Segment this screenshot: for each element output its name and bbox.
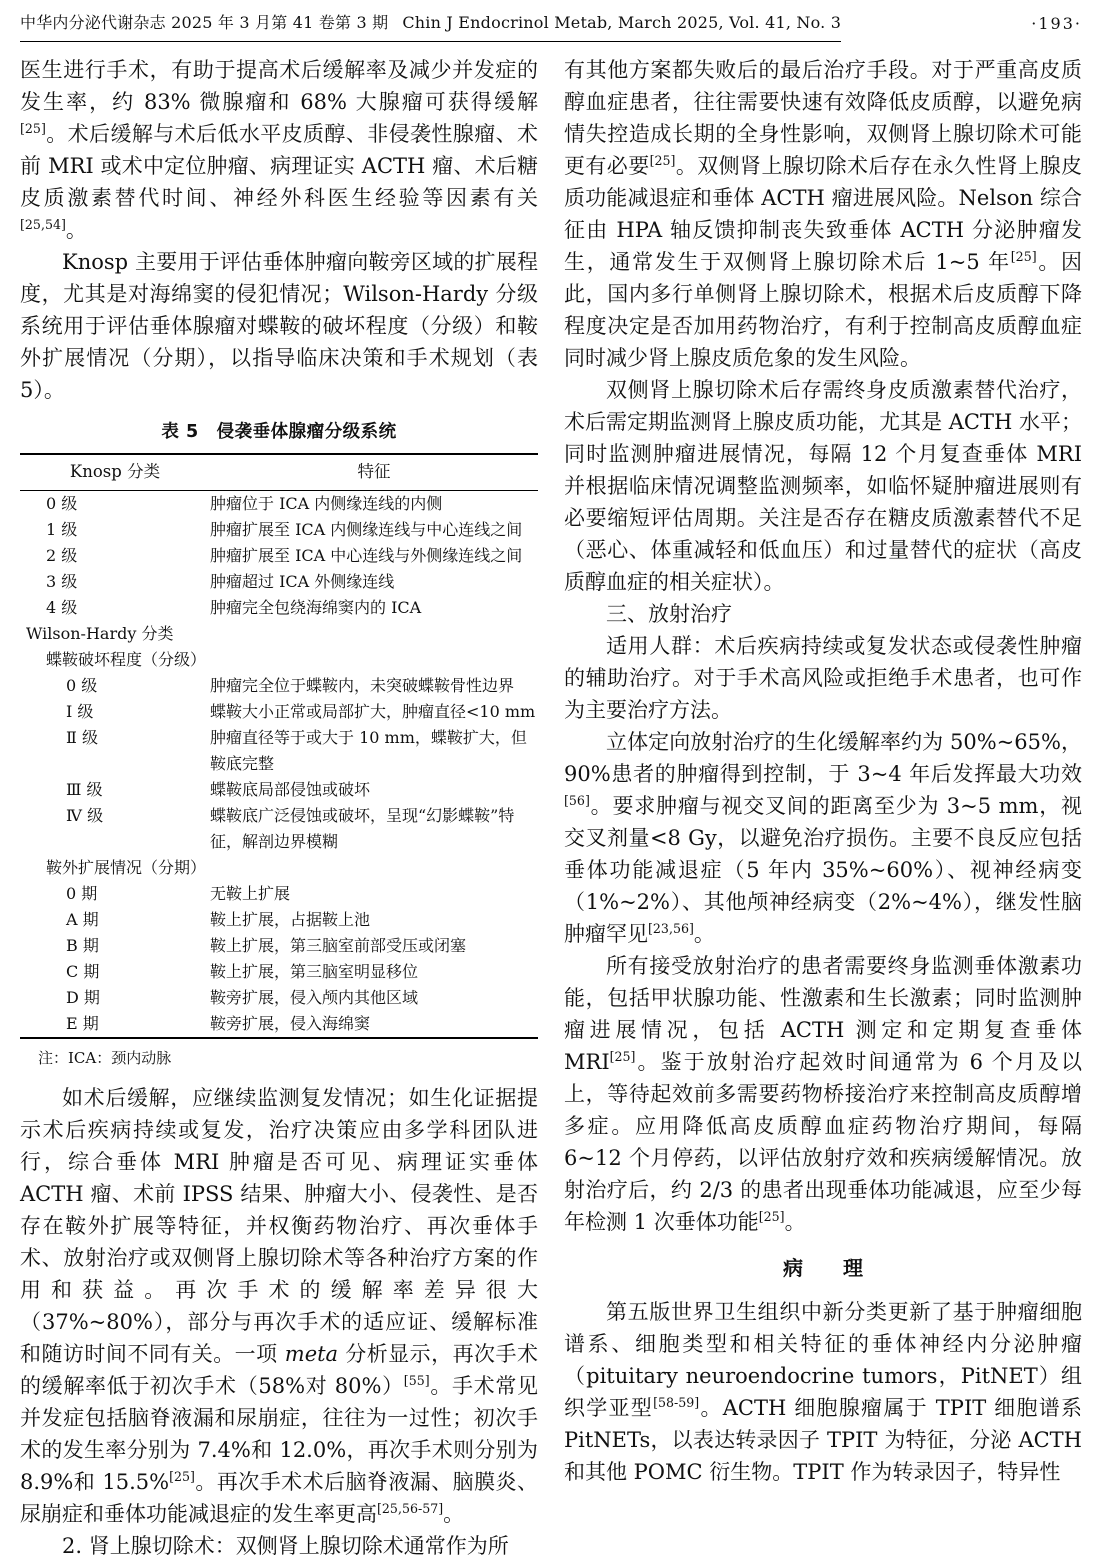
table-cell-feature: 肿瘤扩展至 ICA 中心连线与外侧缘连线之间 [210, 543, 538, 569]
table-row: 蝶鞍破坏程度（分级） [20, 647, 538, 673]
table-cell-feature: 肿瘤完全位于蝶鞍内，未突破蝶鞍骨性边界 [210, 673, 538, 699]
table-cell-feature: 肿瘤位于 ICA 内侧缘连线的内侧 [210, 491, 538, 518]
reference-superscript: [25] [20, 121, 46, 136]
table-body: 0 级肿瘤位于 ICA 内侧缘连线的内侧1 级肿瘤扩展至 ICA 内侧缘连线与中… [20, 491, 538, 1039]
table-cell-grade: B 期 [20, 933, 210, 959]
table-row: 0 级肿瘤位于 ICA 内侧缘连线的内侧 [20, 491, 538, 518]
table-cell-feature: 肿瘤扩展至 ICA 内侧缘连线与中心连线之间 [210, 517, 538, 543]
reference-superscript: [25] [610, 1049, 636, 1064]
table-cell-grade: 鞍外扩展情况（分期） [20, 855, 210, 881]
paragraph: 立体定向放射治疗的生化缓解率约为 50%~65%，90%患者的肿瘤得到控制，于 … [564, 726, 1082, 950]
paragraph: 医生进行手术，有助于提高术后缓解率及减少并发症的发生率，约 83% 微腺瘤和 6… [20, 54, 538, 246]
table-cell-grade: 4 级 [20, 595, 210, 621]
table-row: D 期鞍旁扩展，侵入颅内其他区域 [20, 985, 538, 1011]
table-cell-grade: 2 级 [20, 543, 210, 569]
table-row: Ⅳ 级蝶鞍底广泛侵蚀或破坏，呈现“幻影蝶鞍”特征，解剖边界模糊 [20, 803, 538, 855]
table-cell-feature: 蝶鞍底广泛侵蚀或破坏，呈现“幻影蝶鞍”特征，解剖边界模糊 [210, 803, 538, 855]
reference-superscript: [23,56] [648, 921, 694, 936]
reference-superscript: [25] [759, 1209, 785, 1224]
grading-table: Knosp 分类 特征 0 级肿瘤位于 ICA 内侧缘连线的内侧1 级肿瘤扩展至… [20, 453, 538, 1039]
table-cell-grade: Wilson-Hardy 分类 [20, 621, 210, 647]
reference-superscript: [25] [169, 1469, 195, 1484]
italic-term: meta [285, 1342, 338, 1366]
table-cell-grade: 0 期 [20, 881, 210, 907]
reference-superscript: [56] [564, 793, 590, 808]
paragraph: 有其他方案都失败后的最后治疗手段。对于严重高皮质醇血症患者，往往需要快速有效降低… [564, 54, 1082, 374]
table-cell-grade: 0 级 [20, 673, 210, 699]
table-cell-grade: Ⅳ 级 [20, 803, 210, 855]
table-cell-grade: C 期 [20, 959, 210, 985]
table-cell-grade: Ⅲ 级 [20, 777, 210, 803]
journal-title-cn: 中华内分泌代谢杂志 2025 年 3 月第 41 卷第 3 期 [20, 13, 388, 32]
table-cell-grade: 蝶鞍破坏程度（分级） [20, 647, 210, 673]
table-cell-feature: 肿瘤超过 ICA 外侧缘连线 [210, 569, 538, 595]
table-row: A 期鞍上扩展，占据鞍上池 [20, 907, 538, 933]
table-cell-grade: 0 级 [20, 491, 210, 518]
table-cell-feature: 肿瘤完全包绕海绵窦内的 ICA [210, 595, 538, 621]
paragraph: 第五版世界卫生组织中新分类更新了基于肿瘤细胞谱系、细胞类型和相关特征的垂体神经内… [564, 1296, 1082, 1488]
page-number: ·193· [1031, 13, 1082, 42]
paragraph: 如术后缓解，应继续监测复发情况；如生化证据提示术后疾病持续或复发，治疗决策应由多… [20, 1082, 538, 1530]
table-cell-feature: 肿瘤直径等于或大于 10 mm，蝶鞍扩大，但鞍底完整 [210, 725, 538, 777]
reference-superscript: [58-59] [653, 1395, 699, 1410]
table-cell-feature [210, 647, 538, 673]
table-row: 鞍外扩展情况（分期） [20, 855, 538, 881]
table-cell-feature [210, 855, 538, 881]
table-row: Wilson-Hardy 分类 [20, 621, 538, 647]
table-cell-grade: Ⅱ 级 [20, 725, 210, 777]
reference-superscript: [25,56-57] [377, 1501, 443, 1516]
table-row: Ⅲ 级蝶鞍底局部侵蚀或破坏 [20, 777, 538, 803]
table-cell-feature: 鞍旁扩展，侵入颅内其他区域 [210, 985, 538, 1011]
paragraph: 适用人群：术后疾病持续或复发状态或侵袭性肿瘤的辅助治疗。对于手术高风险或拒绝手术… [564, 630, 1082, 726]
table-cell-feature: 蝶鞍大小正常或局部扩大，肿瘤直径<10 mm [210, 699, 538, 725]
table-row: 3 级肿瘤超过 ICA 外侧缘连线 [20, 569, 538, 595]
table-cell-grade: E 期 [20, 1011, 210, 1038]
table-cell-grade: 3 级 [20, 569, 210, 595]
table-cell-grade: 1 级 [20, 517, 210, 543]
reference-superscript: [25] [1011, 249, 1037, 264]
table-row: E 期鞍旁扩展，侵入海绵窦 [20, 1011, 538, 1038]
column-header-knosp: Knosp 分类 [20, 454, 210, 491]
table-cell-feature: 鞍上扩展，第三脑室明显移位 [210, 959, 538, 985]
table-header-row: Knosp 分类 特征 [20, 454, 538, 491]
section-heading-pathology: 病 理 [564, 1254, 1082, 1282]
table-cell-feature [210, 621, 538, 647]
table-header: Knosp 分类 特征 [20, 454, 538, 491]
paragraph: 双侧肾上腺切除术后存需终身皮质激素替代治疗，术后需定期监测肾上腺皮质功能，尤其是… [564, 374, 1082, 598]
table-cell-grade: Ⅰ 级 [20, 699, 210, 725]
journal-page: 中华内分泌代谢杂志 2025 年 3 月第 41 卷第 3 期Chin J En… [0, 0, 1100, 1556]
table-row: Ⅱ 级肿瘤直径等于或大于 10 mm，蝶鞍扩大，但鞍底完整 [20, 725, 538, 777]
left-column: 医生进行手术，有助于提高术后缓解率及减少并发症的发生率，约 83% 微腺瘤和 6… [20, 54, 538, 1556]
journal-title-en: Chin J Endocrinol Metab, March 2025, Vol… [402, 13, 841, 32]
table-row: Ⅰ 级蝶鞍大小正常或局部扩大，肿瘤直径<10 mm [20, 699, 538, 725]
table-row: 4 级肿瘤完全包绕海绵窦内的 ICA [20, 595, 538, 621]
table-cell-feature: 蝶鞍底局部侵蚀或破坏 [210, 777, 538, 803]
paragraph: 2. 肾上腺切除术：双侧肾上腺切除术通常作为所 [20, 1530, 538, 1556]
two-column-body: 医生进行手术，有助于提高术后缓解率及减少并发症的发生率，约 83% 微腺瘤和 6… [20, 54, 1082, 1556]
table-title: 表 5 侵袭垂体腺瘤分级系统 [20, 420, 538, 444]
table-row: C 期鞍上扩展，第三脑室明显移位 [20, 959, 538, 985]
paragraph: Knosp 主要用于评估垂体肿瘤向鞍旁区域的扩展程度，尤其是对海绵窦的侵犯情况；… [20, 246, 538, 406]
table-cell-grade: A 期 [20, 907, 210, 933]
reference-superscript: [25] [650, 153, 676, 168]
table-note: 注：ICA：颈内动脉 [20, 1039, 538, 1072]
table-cell-feature: 无鞍上扩展 [210, 881, 538, 907]
page-header: 中华内分泌代谢杂志 2025 年 3 月第 41 卷第 3 期Chin J En… [20, 12, 1082, 42]
table-row: 0 级肿瘤完全位于蝶鞍内，未突破蝶鞍骨性边界 [20, 673, 538, 699]
reference-superscript: [55] [404, 1373, 430, 1388]
table-row: 2 级肿瘤扩展至 ICA 中心连线与外侧缘连线之间 [20, 543, 538, 569]
journal-title-line: 中华内分泌代谢杂志 2025 年 3 月第 41 卷第 3 期Chin J En… [20, 12, 841, 42]
table-cell-feature: 鞍上扩展，第三脑室前部受压或闭塞 [210, 933, 538, 959]
table-row: 0 期无鞍上扩展 [20, 881, 538, 907]
reference-superscript: [25,54] [20, 217, 66, 232]
paragraph: 所有接受放射治疗的患者需要终身监测垂体激素功能，包括甲状腺功能、性激素和生长激素… [564, 950, 1082, 1238]
table-cell-feature: 鞍上扩展，占据鞍上池 [210, 907, 538, 933]
table-row: 1 级肿瘤扩展至 ICA 内侧缘连线与中心连线之间 [20, 517, 538, 543]
subsection-heading-radiotherapy: 三、放射治疗 [564, 598, 1082, 630]
table-cell-feature: 鞍旁扩展，侵入海绵窦 [210, 1011, 538, 1038]
table-row: B 期鞍上扩展，第三脑室前部受压或闭塞 [20, 933, 538, 959]
right-column: 有其他方案都失败后的最后治疗手段。对于严重高皮质醇血症患者，往往需要快速有效降低… [564, 54, 1082, 1556]
column-header-feature: 特征 [210, 454, 538, 491]
table-cell-grade: D 期 [20, 985, 210, 1011]
table-5-block: 表 5 侵袭垂体腺瘤分级系统 Knosp 分类 特征 0 级肿瘤位于 ICA 内… [20, 420, 538, 1072]
